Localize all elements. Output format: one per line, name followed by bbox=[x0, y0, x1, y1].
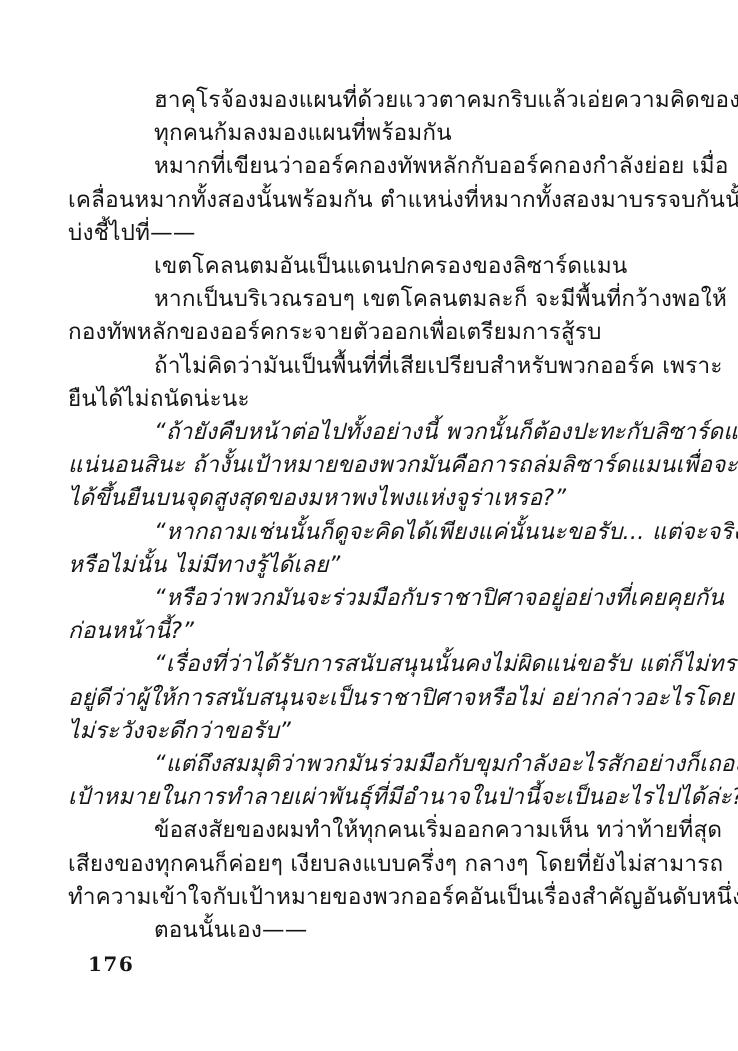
text-line: หมากที่เขียนว่าออร์คกองทัพหลักกับออร์คกอ… bbox=[68, 150, 676, 183]
text-line: หากเป็นบริเวณรอบๆ เขตโคลนตมละก็ จะมีพื้น… bbox=[68, 283, 676, 316]
text-line: ได้ขึ้นยืนบนจุดสูงสุดของมหาพงไพงแห่งจูร่… bbox=[68, 482, 676, 515]
text-line: อยู่ดีว่าผู้ให้การสนับสนุนจะเป็นราชาปิศา… bbox=[68, 682, 676, 715]
text-line: หรือไม่นั้น ไม่มีทางรู้ได้เลย” bbox=[68, 549, 676, 582]
text-line: บ่งชี้ไปที่—— bbox=[68, 217, 676, 250]
text-line: ฮาคุโรจ้องมองแผนที่ด้วยแววตาคมกริบแล้วเอ… bbox=[68, 84, 676, 117]
page-number: 176 bbox=[88, 952, 134, 976]
text-line: เสียงของทุกคนก็ค่อยๆ เงียบลงแบบครึ่งๆ กล… bbox=[68, 848, 676, 881]
text-line: ข้อสงสัยของผมทำให้ทุกคนเริ่มออกความเห็น … bbox=[68, 814, 676, 847]
text-line: กองทัพหลักของออร์คกระจายตัวออกเพื่อเตรีย… bbox=[68, 316, 676, 349]
text-line: “แต่ถึงสมมุติว่าพวกมันร่วมมือกับขุมกำลัง… bbox=[68, 748, 676, 781]
text-line: แน่นอนสินะ ถ้างั้นเป้าหมายของพวกมันคือกา… bbox=[68, 449, 676, 482]
text-line: “หากถามเช่นนั้นก็ดูจะคิดได้เพียงแค่นั้นน… bbox=[68, 516, 676, 549]
text-line: ตอนนั้นเอง—— bbox=[68, 914, 676, 947]
text-line: ทำความเข้าใจกับเป้าหมายของพวกออร์คอันเป็… bbox=[68, 881, 676, 914]
book-page: ฮาคุโรจ้องมองแผนที่ด้วยแววตาคมกริบแล้วเอ… bbox=[0, 0, 738, 1051]
text-line: เคลื่อนหมากทั้งสองนั้นพร้อมกัน ตำแหน่งที… bbox=[68, 184, 676, 217]
text-line: ถ้าไม่คิดว่ามันเป็นพื้นที่ที่เสียเปรียบส… bbox=[68, 350, 676, 383]
text-line: เป้าหมายในการทำลายเผ่าพันธุ์ที่มีอำนาจใน… bbox=[68, 781, 676, 814]
text-line: “เรื่องที่ว่าได้รับการสนับสนุนนั้นคงไม่ผ… bbox=[68, 648, 676, 681]
text-line: ทุกคนก้มลงมองแผนที่พร้อมกัน bbox=[68, 117, 676, 150]
text-line: ยืนได้ไม่ถนัดน่ะนะ bbox=[68, 383, 676, 416]
text-line: เขตโคลนตมอันเป็นแดนปกครองของลิซาร์ดแมน bbox=[68, 250, 676, 283]
text-line: “หรือว่าพวกมันจะร่วมมือกับราชาปิศาจอยู่อ… bbox=[68, 582, 676, 615]
text-line: ก่อนหน้านี้?” bbox=[68, 615, 676, 648]
text-line: “ถ้ายังคืบหน้าต่อไปทั้งอย่างนี้ พวกนั้นก… bbox=[68, 416, 676, 449]
body-text: ฮาคุโรจ้องมองแผนที่ด้วยแววตาคมกริบแล้วเอ… bbox=[68, 84, 676, 947]
text-line: ไม่ระวังจะดีกว่าขอรับ” bbox=[68, 715, 676, 748]
